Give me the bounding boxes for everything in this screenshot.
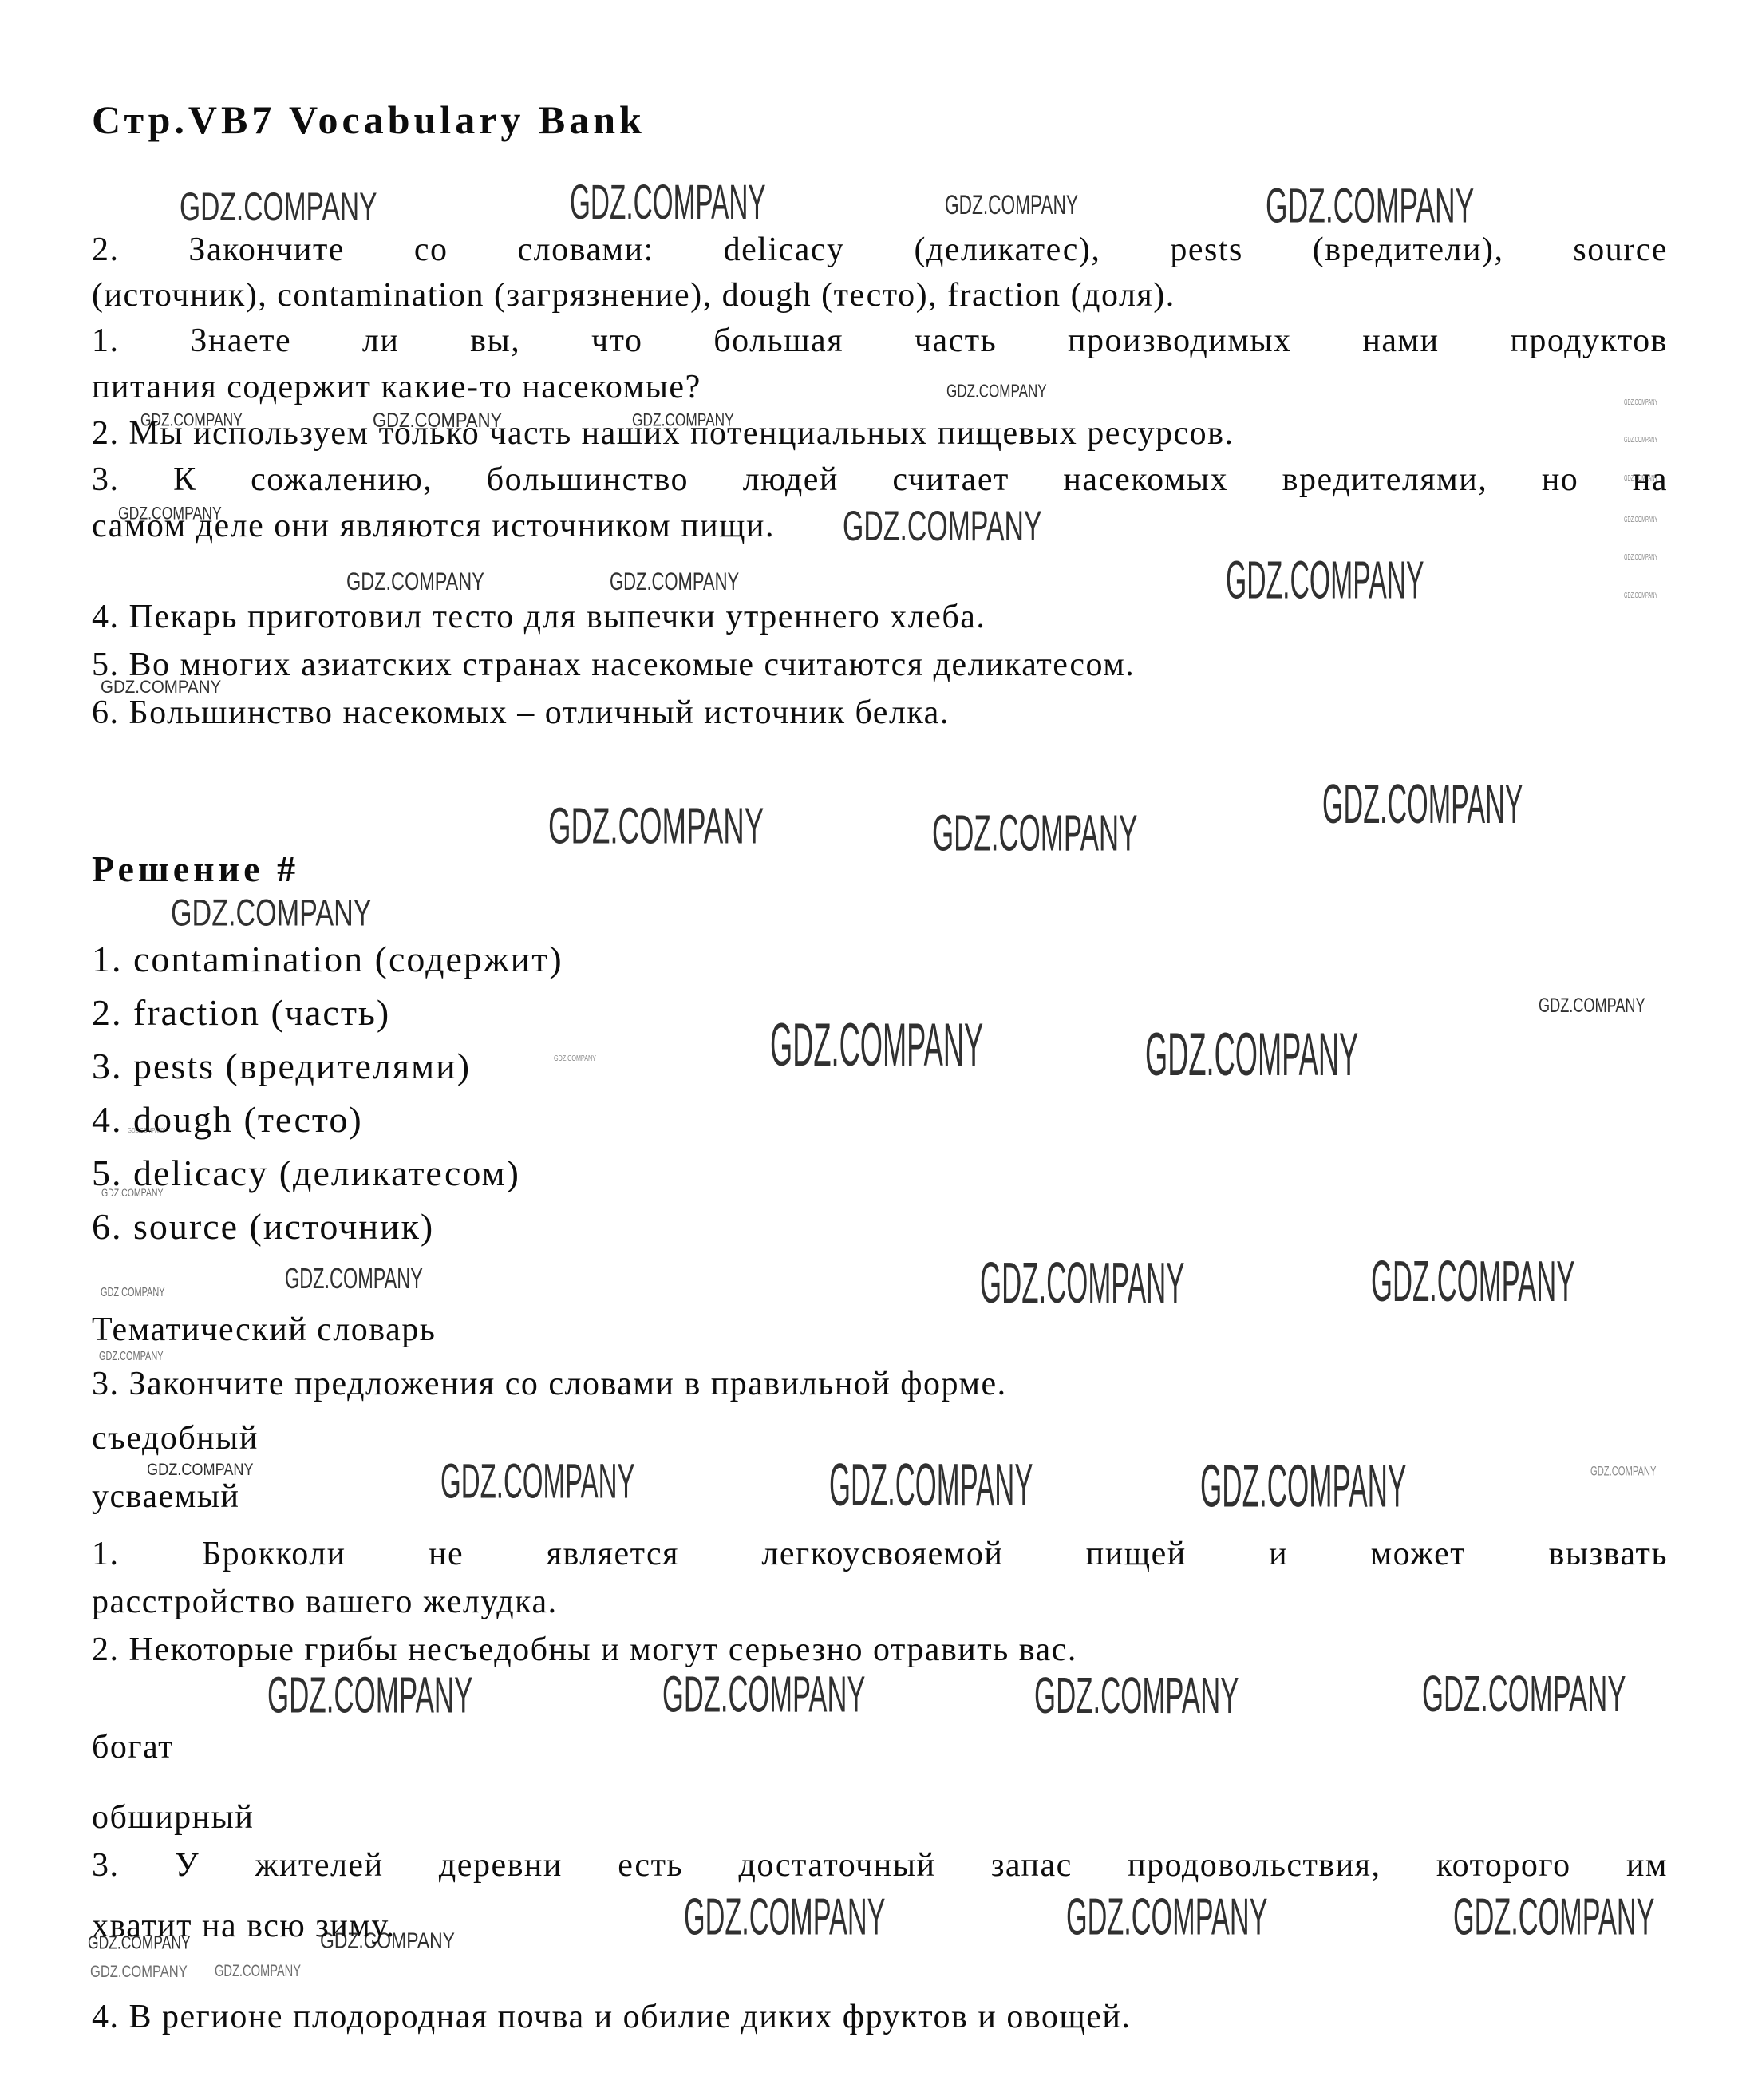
solution-answers-line-4: 4. dough (тесто) [92, 1099, 363, 1141]
solution-answers-line-3: 3. pests (вредителями) [92, 1046, 471, 1087]
task3-sentence-3-line-1: 3. У жителей деревни есть достаточный за… [92, 1847, 1668, 1884]
task3-words-edible-line-2: усваемый [92, 1478, 239, 1516]
task3-sentence-2-line-1: 2. Некоторые грибы несъедобны и могут се… [92, 1631, 1077, 1669]
task2-sentences-1-3-line-1: 1. Знаете ли вы, что большая часть произ… [92, 322, 1668, 360]
task3-sentence-4-line-1: 4. В регионе плодородная почва и обилие … [92, 1999, 1131, 2036]
thematic-heading-line-1: Тематический словарь [92, 1311, 436, 1349]
task2-sentences-1-3-line-4: 3. К сожалению, большинство людей считае… [92, 461, 1668, 499]
task2-sentences-4-6-line-3: 6. Большинство насекомых – отличный исто… [92, 694, 950, 732]
task2-sentences-1-3-line-5: самом деле они являются источником пищи. [92, 508, 775, 545]
text-layer: Стр.VB7 Vocabulary Bank2. Закончите со с… [0, 0, 1758, 2100]
solution-answers-line-1: 1. contamination (содержит) [92, 939, 563, 980]
task2-intro-line-1: 2. Закончите со словами: delicacy (делик… [92, 231, 1668, 269]
task3-sentence-1-line-2: расстройство вашего желудка. [92, 1584, 558, 1621]
solution-answers-line-6: 6. source (источник) [92, 1206, 434, 1248]
solution-answers-line-2: 2. fraction (часть) [92, 992, 390, 1034]
task2-sentences-1-3-line-3: 2. Мы используем только часть наших поте… [92, 415, 1234, 453]
task3-words-edible-line-1: съедобный [92, 1420, 259, 1457]
task3-intro-line-1: 3. Закончите предложения со словами в пр… [92, 1366, 1007, 1403]
solution-heading-line-1: Решение # [92, 848, 299, 890]
solution-answers-line-5: 5. delicacy (деликатесом) [92, 1153, 520, 1194]
page-title-line-1: Стр.VB7 Vocabulary Bank [92, 97, 646, 142]
task2-sentences-4-6-line-1: 4. Пекарь приготовил тесто для выпечки у… [92, 599, 986, 636]
task2-intro-line-2: (источник), contamination (загрязнение),… [92, 277, 1175, 314]
task3-sentence-1-line-1: 1. Брокколи не является легкоусвояемой п… [92, 1536, 1668, 1573]
task2-sentences-4-6-line-2: 5. Во многих азиатских странах насекомые… [92, 647, 1135, 684]
task3-words-rich-line-1: богат [92, 1729, 174, 1766]
task3-words-rich-line-2: обширный [92, 1799, 254, 1837]
task3-sentence-3-line-2: хватит на всю зиму. [92, 1908, 396, 1945]
task2-sentences-1-3-line-2: питания содержит какие-то насекомые? [92, 369, 701, 406]
document-page: GDZ.COMPANYGDZ.COMPANYGDZ.COMPANYGDZ.COM… [0, 0, 1758, 2100]
